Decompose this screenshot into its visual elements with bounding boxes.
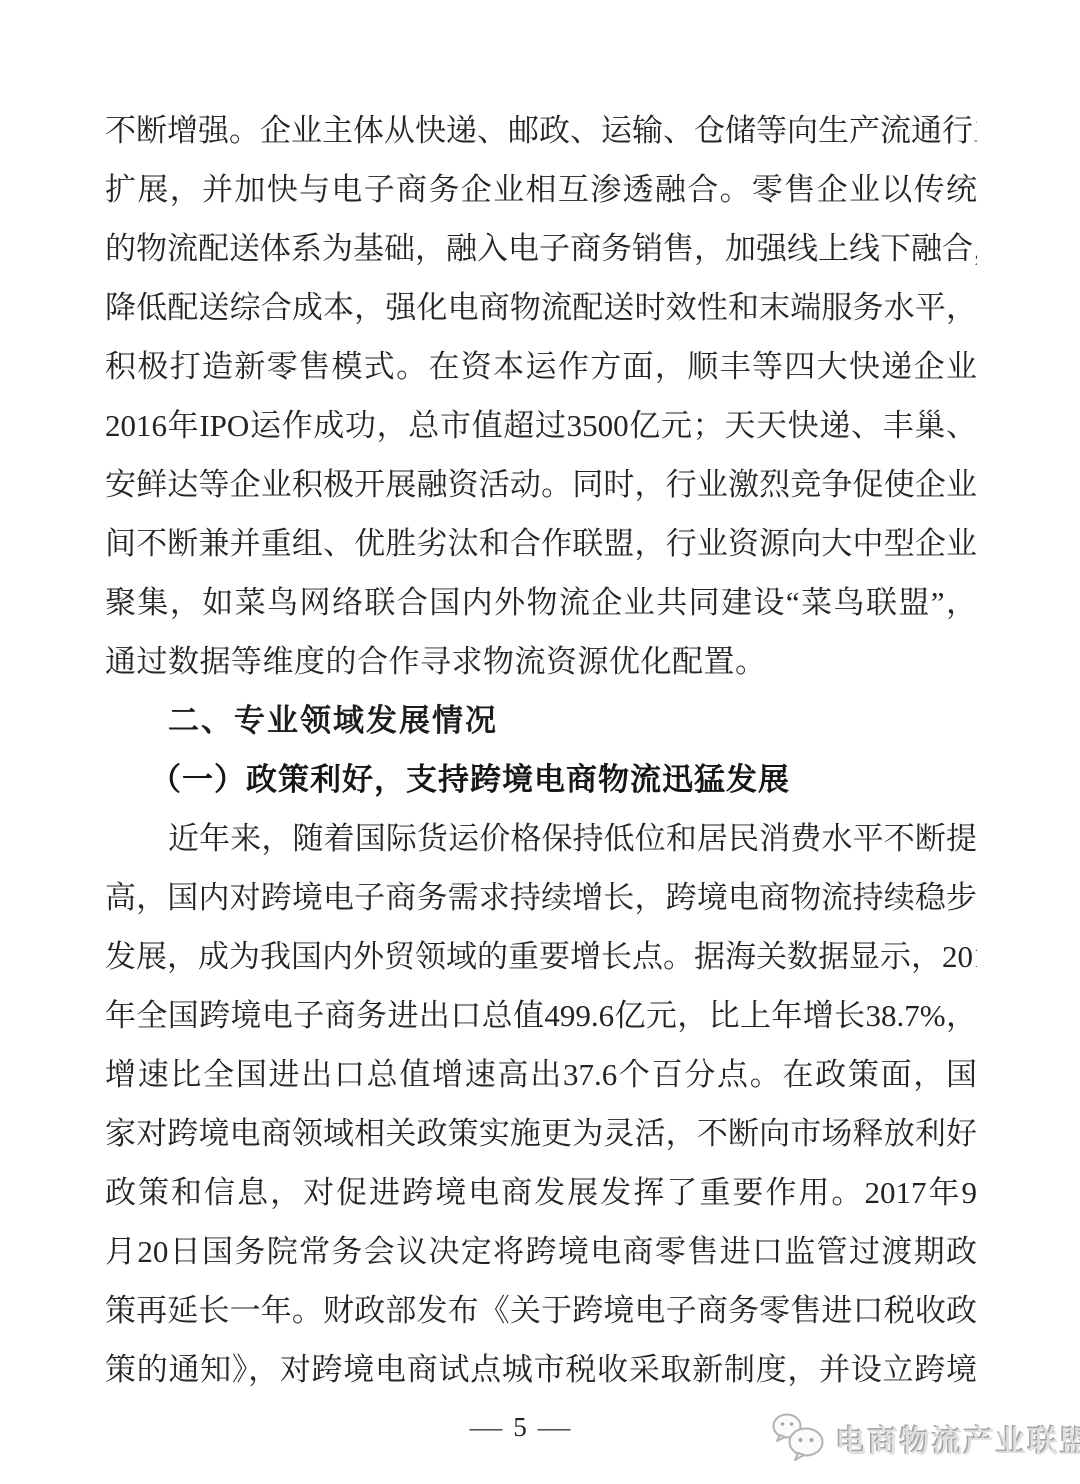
paragraph1-line: 聚集，如菜鸟网络联合国内外物流企业共同建设“菜鸟联盟”， [105,573,977,632]
paragraph2-line: 策再延长一年。财政部发布《关于跨境电子商务零售进口税收政 [105,1281,977,1340]
document-page: 不断增强。企业主体从快递、邮政、运输、仓储等向生产流通行业 扩展，并加快与电子商… [0,0,1080,1484]
subsection-heading: （一）政策利好，支持跨境电商物流迅猛发展 [105,750,977,809]
paragraph1-line: 不断增强。企业主体从快递、邮政、运输、仓储等向生产流通行业 [105,101,977,160]
paragraph1-line: 积极打造新零售模式。在资本运作方面，顺丰等四大快递企业 [105,337,977,396]
watermark: 电商物流产业联盟 [770,1408,1070,1470]
paragraph2-line: 发展，成为我国内外贸领域的重要增长点。据海关数据显示，2016 [105,927,977,986]
footer-dash: — [538,1413,571,1443]
section-heading: 二、专业领域发展情况 [105,691,977,750]
watermark-text: 电商物流产业联盟 [836,1417,1080,1461]
page-number: 5 [513,1412,527,1443]
paragraph2-line: 近年来，随着国际货运价格保持低位和居民消费水平不断提 [105,809,977,868]
paragraph2-line: 增速比全国进出口总值增速高出37.6个百分点。在政策面，国 [105,1045,977,1104]
paragraph2-line: 政策和信息，对促进跨境电商发展发挥了重要作用。2017年9 [105,1163,977,1222]
footer-dash: — [470,1413,503,1443]
wechat-bubbles-icon [770,1411,828,1468]
paragraph2-line: 高，国内对跨境电子商务需求持续增长，跨境电商物流持续稳步 [105,868,977,927]
paragraph2-line: 月20日国务院常务会议决定将跨境电商零售进口监管过渡期政 [105,1222,977,1281]
paragraph2-line: 策的通知》，对跨境电商试点城市税收采取新制度，并设立跨境 [105,1340,977,1399]
paragraph1-line: 降低配送综合成本，强化电商物流配送时效性和末端服务水平， [105,278,977,337]
document-body: 不断增强。企业主体从快递、邮政、运输、仓储等向生产流通行业 扩展，并加快与电子商… [105,101,977,1399]
paragraph1-line: 通过数据等维度的合作寻求物流资源优化配置。 [105,632,977,691]
paragraph1-line: 间不断兼并重组、优胜劣汰和合作联盟，行业资源向大中型企业 [105,514,977,573]
paragraph1-line: 2016年IPO运作成功，总市值超过3500亿元；天天快递、丰巢、 [105,396,977,455]
paragraph2-line: 年全国跨境电子商务进出口总值499.6亿元，比上年增长38.7%， [105,986,977,1045]
paragraph1-line: 的物流配送体系为基础，融入电子商务销售，加强线上线下融合， [105,219,977,278]
paragraph2-line: 家对跨境电商领域相关政策实施更为灵活，不断向市场释放利好 [105,1104,977,1163]
paragraph1-line: 安鲜达等企业积极开展融资活动。同时，行业激烈竞争促使企业 [105,455,977,514]
paragraph1-line: 扩展，并加快与电子商务企业相互渗透融合。零售企业以传统 [105,160,977,219]
